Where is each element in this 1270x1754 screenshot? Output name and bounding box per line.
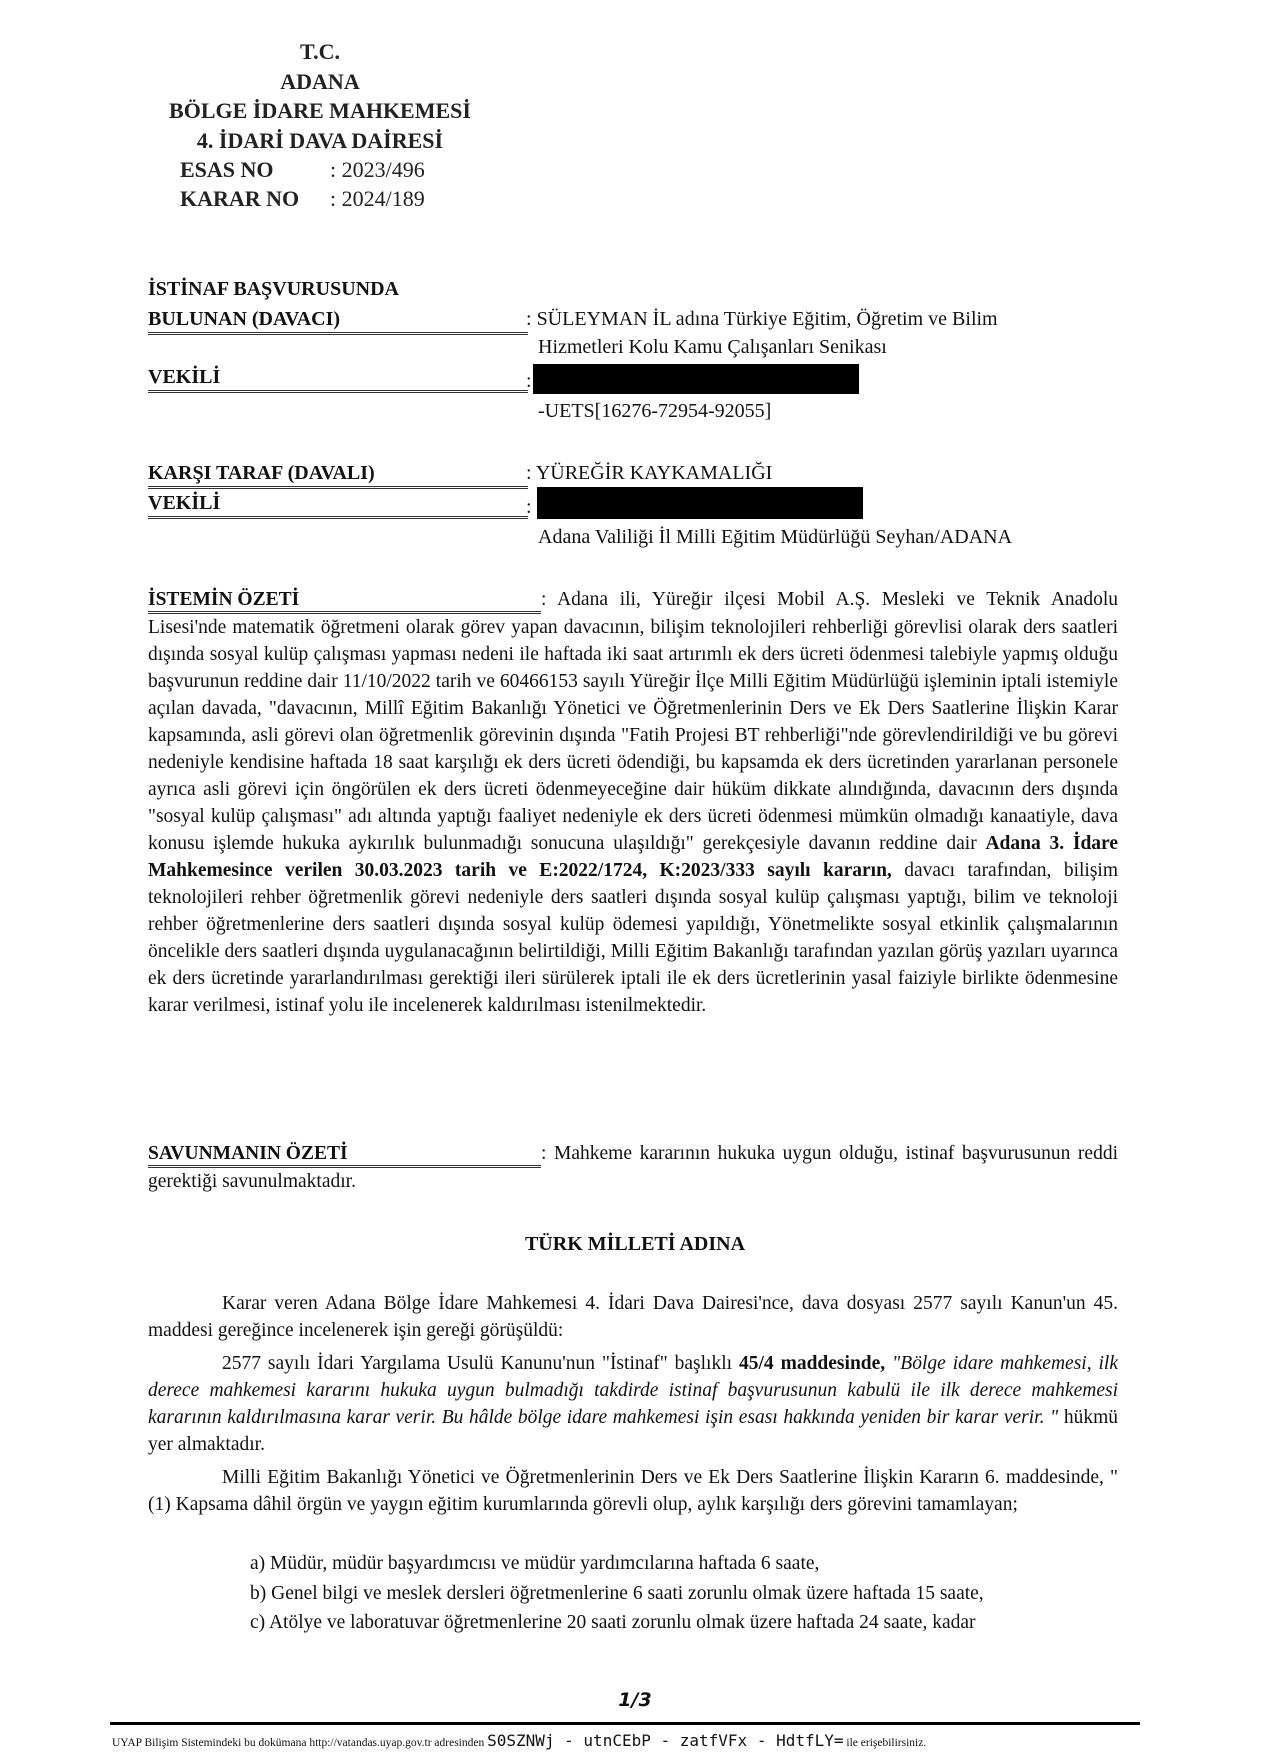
footer-divider	[110, 1722, 1140, 1725]
list-item: a) Müdür, müdür başyardımcısı ve müdür y…	[250, 1550, 819, 1577]
appellant-label-line2: BULUNAN (DAVACI)	[148, 306, 528, 335]
defense-summary: SAVUNMANIN ÖZETİ: Mahkeme kararının huku…	[148, 1140, 1118, 1195]
claim-summary-label: İSTEMİN ÖZETİ	[148, 589, 541, 614]
appellant-value-line1: : SÜLEYMAN İL adına Türkiye Eğitim, Öğre…	[526, 306, 998, 332]
appellant-counsel-label: VEKİLİ	[148, 364, 528, 393]
respondent-value: : YÜREĞİR KAYKAMALIĞI	[526, 460, 772, 486]
decision-para-1: Karar veren Adana Bölge İdare Mahkemesi …	[148, 1290, 1118, 1344]
decision-para-2: 2577 sayılı İdari Yargılama Usulü Kanunu…	[148, 1350, 1118, 1458]
colon: :	[526, 494, 532, 520]
claim-summary-text-2: davacı tarafından, bilişim teknolojileri…	[148, 860, 1118, 1016]
footer-verification: UYAP Bilişim Sistemindeki bu dokümana ht…	[112, 1731, 926, 1750]
karar-no-row: KARAR NO: 2024/189	[180, 183, 425, 215]
colon: :	[526, 308, 532, 330]
claim-summary-text-1: : Adana ili, Yüreğir ilçesi Mobil A.Ş. M…	[148, 589, 1118, 854]
header-court: BÖLGE İDARE MAHKEMESİ	[120, 95, 520, 127]
header-country: T.C.	[120, 36, 520, 68]
colon: :	[526, 462, 532, 484]
karar-no-label: KARAR NO	[180, 183, 330, 215]
appellant-counsel-uets: -UETS[16276-72954-92055]	[538, 398, 771, 424]
respondent-label: KARŞI TARAF (DAVALI)	[148, 460, 528, 489]
header-chamber: 4. İDARİ DAVA DAİRESİ	[120, 125, 520, 157]
decision-para-3: Milli Eğitim Bakanlığı Yönetici ve Öğret…	[148, 1464, 1118, 1518]
redacted-counsel-name	[533, 364, 859, 394]
appellant-value-line2: Hizmetleri Kolu Kamu Çalışanları Senikas…	[538, 334, 887, 360]
esas-no-value: : 2023/496	[330, 157, 425, 182]
para2-bold: 45/4 maddesinde,	[739, 1353, 885, 1374]
footer-prefix: UYAP Bilişim Sistemindeki bu dokümana ht…	[112, 1737, 487, 1749]
page-number: 1/3	[0, 1689, 1270, 1711]
decision-title: TÜRK MİLLETİ ADINA	[0, 1233, 1270, 1256]
respondent-counsel-label: VEKİLİ	[148, 490, 528, 519]
defense-summary-label: SAVUNMANIN ÖZETİ	[148, 1143, 541, 1168]
header-city: ADANA	[120, 66, 520, 98]
list-item: c) Atölye ve laboratuvar öğretmenlerine …	[250, 1609, 976, 1636]
colon: :	[526, 368, 532, 394]
claim-summary: İSTEMİN ÖZETİ: Adana ili, Yüreğir ilçesi…	[148, 586, 1118, 1019]
footer-suffix: ile erişebilirsiniz.	[844, 1737, 927, 1749]
respondent-name: YÜREĞİR KAYKAMALIĞI	[536, 462, 772, 484]
verification-code: S0SZNWj - utnCEbP - zatfVFx - HdtfLY=	[487, 1731, 843, 1750]
para2-text-a: 2577 sayılı İdari Yargılama Usulü Kanunu…	[222, 1353, 739, 1374]
esas-no-label: ESAS NO	[180, 154, 330, 186]
esas-no-row: ESAS NO: 2023/496	[180, 154, 425, 186]
appellant-name: SÜLEYMAN İL adına Türkiye Eğitim, Öğreti…	[537, 308, 998, 330]
redacted-respondent-counsel	[537, 487, 863, 519]
appellant-label-line1: İSTİNAF BAŞVURUSUNDA	[148, 276, 399, 302]
list-item: b) Genel bilgi ve meslek dersleri öğretm…	[250, 1580, 984, 1607]
respondent-counsel-address: Adana Valiliği İl Milli Eğitim Müdürlüğü…	[538, 524, 1012, 550]
karar-no-value: : 2024/189	[330, 186, 425, 211]
